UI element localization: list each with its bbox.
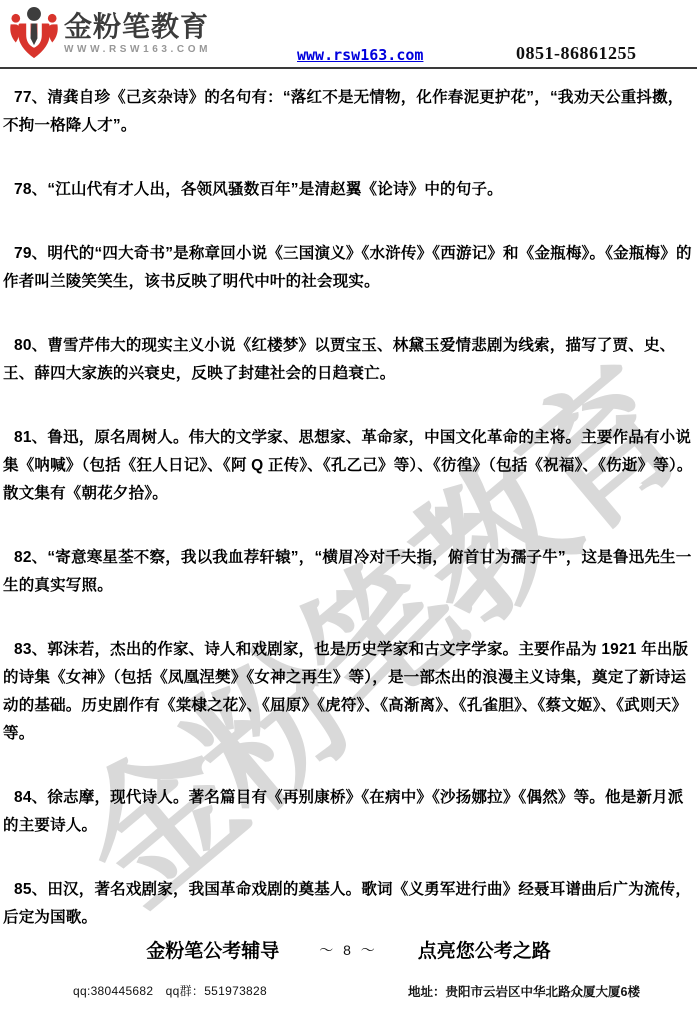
item-paragraph-84: 84、徐志摩，现代诗人。著名篇目有《再别康桥》《在病中》《沙扬娜拉》《偶然》等。…	[3, 784, 693, 840]
footer-slogan-line: 金粉笔公考辅导 ～ 8 ～ 点亮您公考之路	[0, 936, 697, 963]
item-paragraph-80: 80、曹雪芹伟大的现实主义小说《红楼梦》以贾宝玉、林黛玉爱情悲剧为线索，描写了贾…	[3, 332, 693, 388]
brand-site-url: WWW.RSW163.COM	[64, 44, 211, 55]
header-divider	[0, 67, 697, 69]
footer-qq: qq:380445682 qq群：551973828	[73, 982, 267, 1000]
people-shield-logo-icon	[8, 4, 60, 62]
logo-text: 金粉笔教育 WWW.RSW163.COM	[64, 4, 211, 55]
item-paragraph-79: 79、明代的“四大奇书”是称章回小说《三国演义》《水浒传》《西游记》和《金瓶梅》…	[3, 240, 693, 296]
header: 金粉笔教育 WWW.RSW163.COM www.rsw163.com 0851…	[0, 0, 697, 70]
website-link[interactable]: www.rsw163.com	[297, 46, 423, 64]
brand-name: 金粉笔教育	[64, 12, 211, 41]
item-paragraph-85: 85、田汉，著名戏剧家，我国革命戏剧的奠基人。歌词《义勇军进行曲》经聂耳谱曲后广…	[3, 876, 693, 932]
item-paragraph-81: 81、鲁迅，原名周树人。伟大的文学家、思想家、革命家，中国文化革命的主将。主要作…	[3, 424, 693, 508]
item-paragraph-83: 83、郭沫若，杰出的作家、诗人和戏剧家，也是历史学家和古文字学家。主要作品为 1…	[3, 636, 693, 748]
item-paragraph-82: 82、“寄意寒星荃不察，我以我血荐轩辕”，“横眉冷对千夫指，俯首甘为孺子牛”，这…	[3, 544, 693, 600]
footer-contact-line: qq:380445682 qq群：551973828 地址：贵阳市云岩区中华北路…	[0, 982, 697, 1000]
document-body: 77、清龚自珍《己亥杂诗》的名句有：“落红不是无情物，化作春泥更护花”，“我劝天…	[3, 84, 693, 968]
document-page: 金粉笔教育 金粉笔教育 WWW.RSW163.COM www.rsw163.co…	[0, 0, 697, 1019]
item-paragraph-77: 77、清龚自珍《己亥杂诗》的名句有：“落红不是无情物，化作春泥更护花”，“我劝天…	[3, 84, 693, 140]
page-number: ～ 8 ～	[319, 940, 378, 960]
logo: 金粉笔教育 WWW.RSW163.COM	[8, 4, 211, 62]
item-paragraph-78: 78、“江山代有才人出，各领风骚数百年”是清赵翼《论诗》中的句子。	[3, 176, 693, 204]
footer-brand: 金粉笔公考辅导	[146, 936, 279, 963]
phone-number: 0851-86861255	[516, 43, 637, 64]
footer-slogan: 点亮您公考之路	[418, 936, 551, 963]
footer-address: 地址：贵阳市云岩区中华北路众厦大厦6楼	[408, 982, 640, 1000]
